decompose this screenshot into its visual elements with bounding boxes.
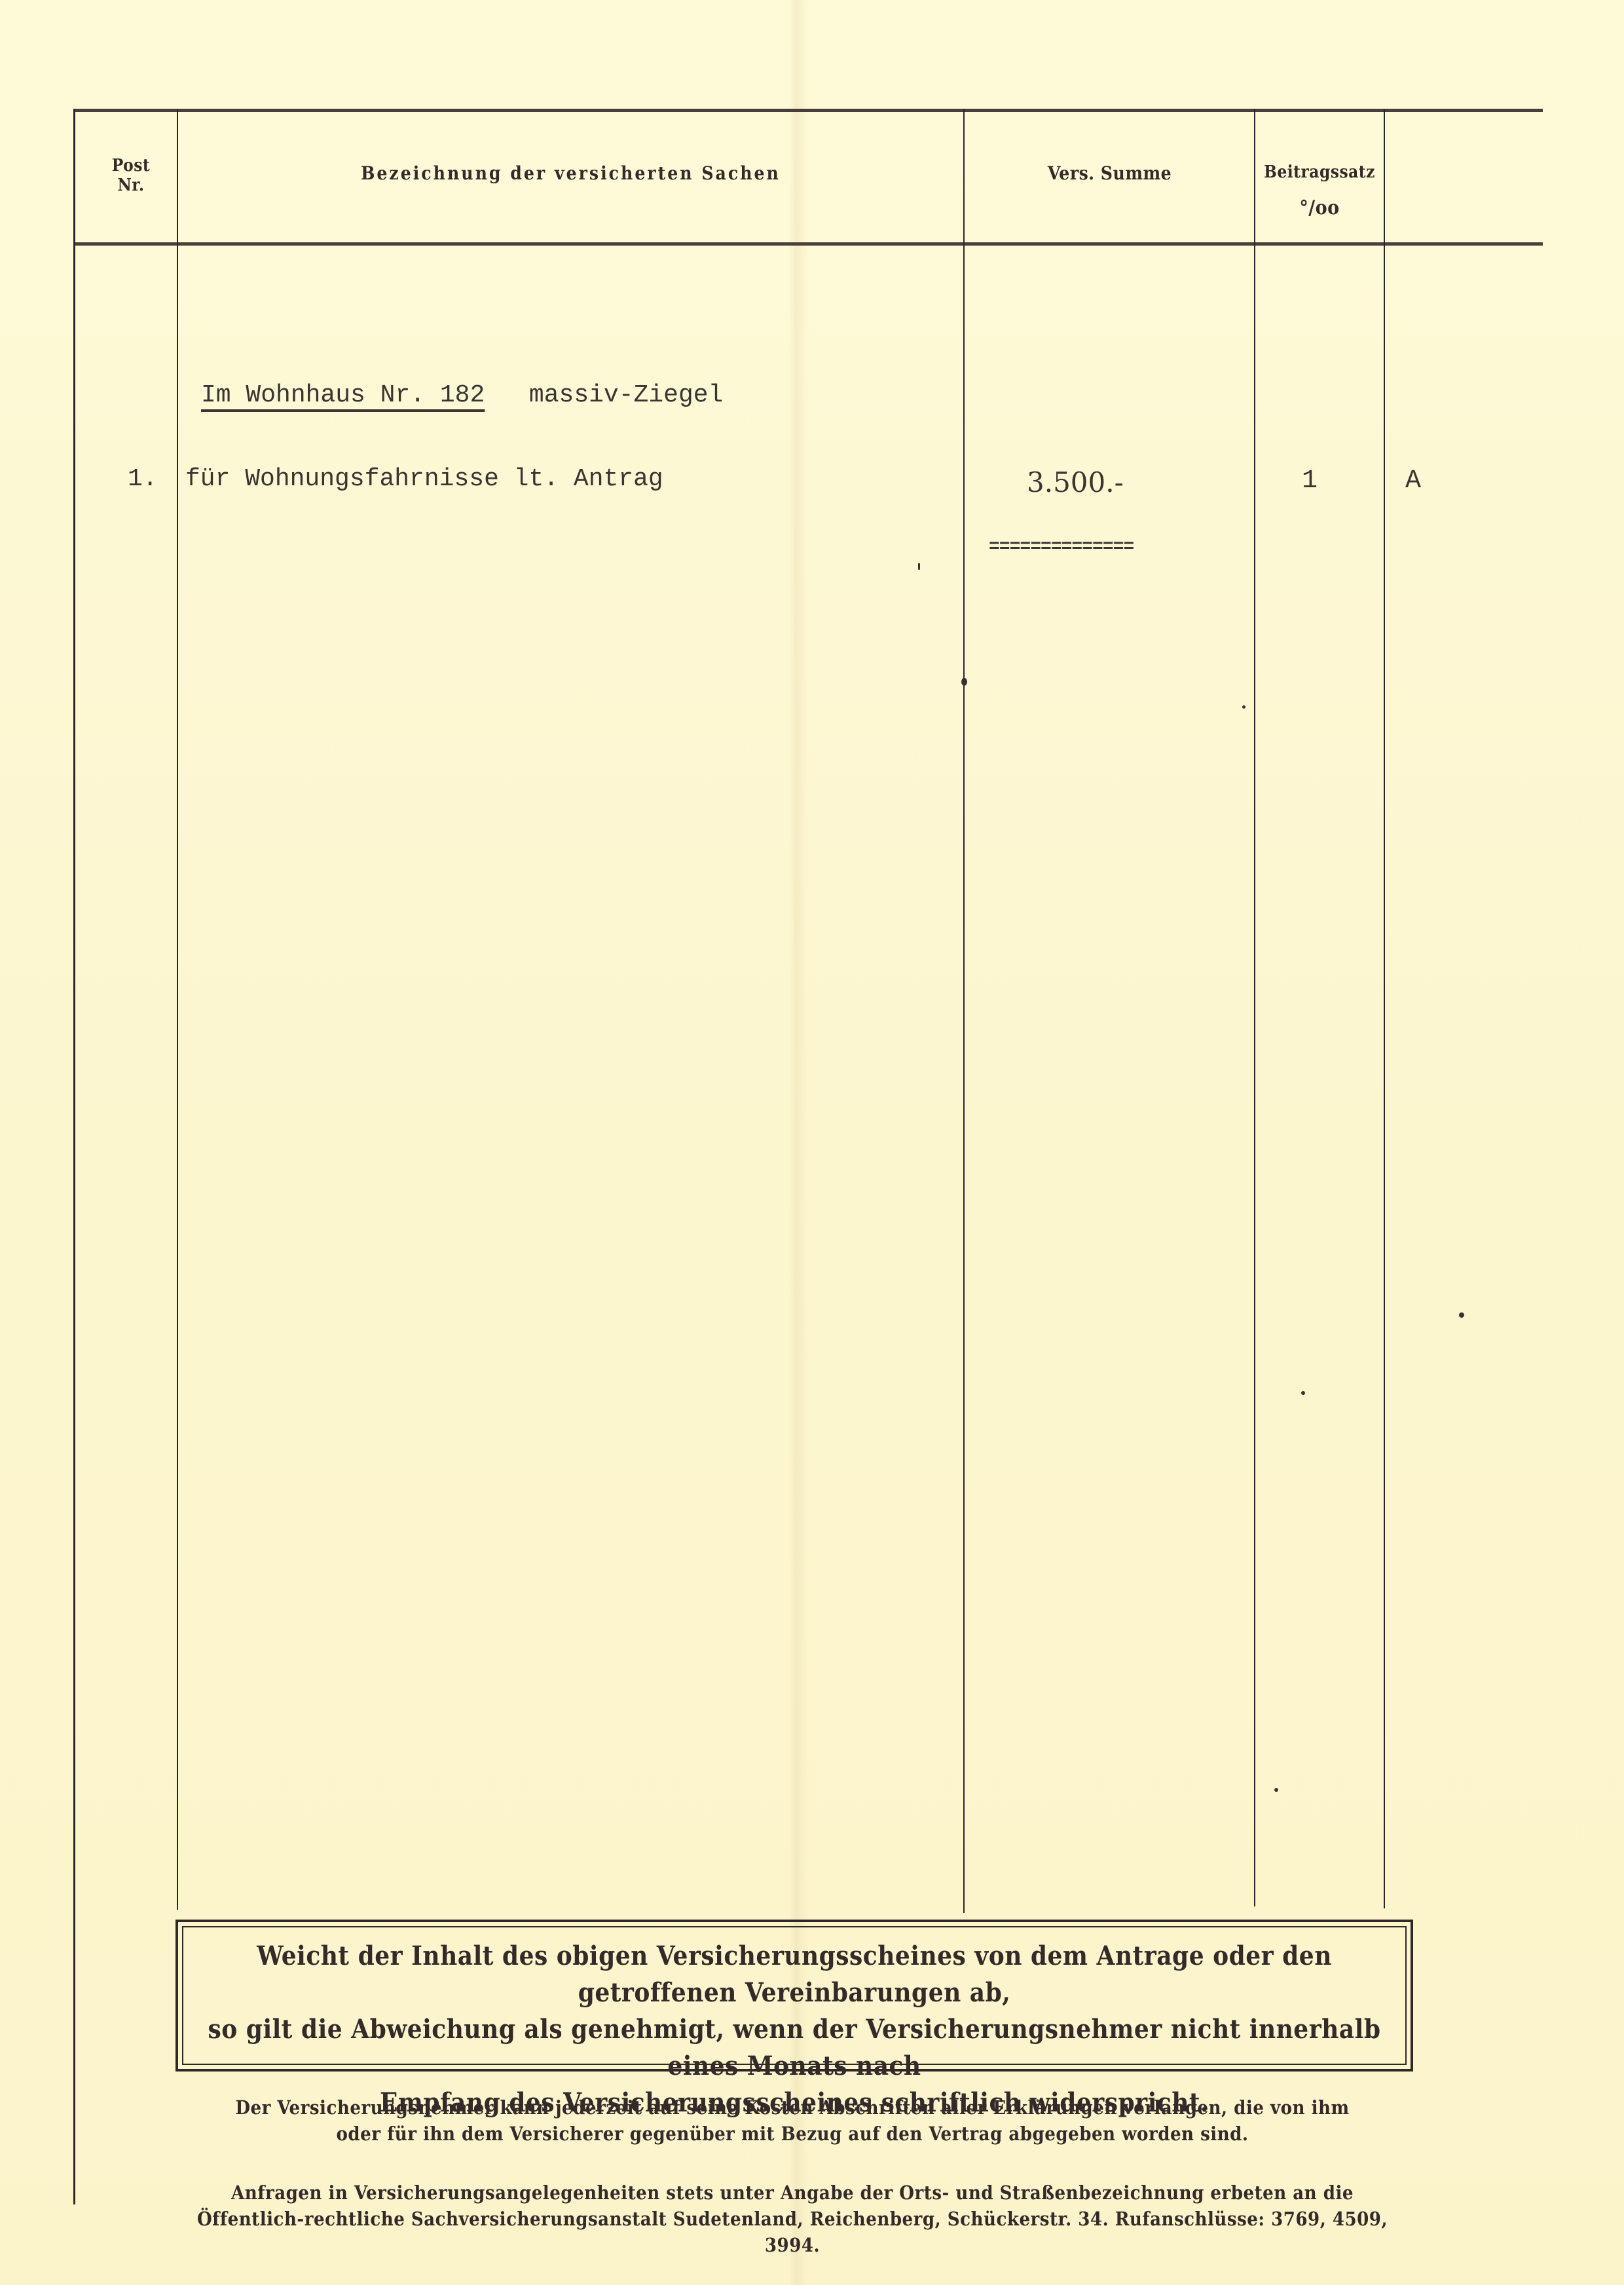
row-description-line1: Im Wohnhaus Nr. 182 massiv-Ziegel: [201, 381, 723, 409]
row-sum-double-underline: ==============: [989, 537, 1134, 557]
row-class: A: [1405, 466, 1421, 496]
col-divider-sum: [1254, 109, 1255, 1906]
footer-copies-clause: Der Versicherungsnehmer kann jederzeit a…: [196, 2094, 1388, 2147]
notice-line1: Weicht der Inhalt des obigen Versicherun…: [178, 1938, 1411, 2011]
header-rate-line2: °/oo: [1255, 196, 1384, 219]
table-top-rule: [73, 109, 1543, 112]
footer-contact-line1: Anfragen in Versicherungsangelegenheiten…: [196, 2180, 1388, 2206]
paper-speck: [1274, 1788, 1278, 1792]
header-insured-sum: Vers. Summe: [965, 162, 1254, 184]
row-address-underlined: Im Wohnhaus Nr. 182: [201, 381, 485, 409]
notice-line2: so gilt die Abweichung als genehmigt, we…: [178, 2011, 1411, 2085]
paper-speck: [961, 678, 967, 686]
footer-copies-line1: Der Versicherungsnehmer kann jederzeit a…: [196, 2094, 1388, 2121]
header-post-nr-line1: Post: [98, 156, 164, 176]
row-building-type: massiv-Ziegel: [529, 381, 723, 409]
header-rate: Beitragssatz °/oo: [1255, 162, 1384, 219]
row-description-line2: für Wohnungsfahrnisse lt. Antrag: [185, 465, 663, 493]
header-post-nr-line2: Nr.: [98, 176, 164, 195]
row-position-number: 1.: [128, 465, 158, 493]
table-header-bottom-rule: [73, 242, 1543, 246]
col-divider-post: [177, 109, 178, 1910]
col-divider-description: [963, 109, 965, 1913]
paper-speck: [1301, 1391, 1305, 1395]
footer-copies-line2: oder für ihn dem Versicherer gegenüber m…: [196, 2121, 1388, 2147]
row-rate: 1: [1302, 466, 1318, 496]
table-left-border: [73, 109, 75, 2204]
header-description: Bezeichnung der versicherten Sachen: [178, 162, 963, 184]
header-rate-line1: Beitragssatz: [1255, 162, 1384, 182]
paper-speck: [918, 563, 920, 570]
header-post-nr: Post Nr.: [98, 156, 164, 195]
paper-speck: [1459, 1312, 1464, 1318]
paper-speck: [1242, 705, 1246, 709]
deviation-notice-text: Weicht der Inhalt des obigen Versicherun…: [178, 1938, 1411, 2121]
row-insured-sum: 3.500.-: [1027, 466, 1124, 498]
footer-contact-line2: Öffentlich-rechtliche Sachversicherungsa…: [196, 2206, 1388, 2258]
deviation-notice-box: Weicht der Inhalt des obigen Versicherun…: [175, 1920, 1413, 2071]
footer-contact-info: Anfragen in Versicherungsangelegenheiten…: [196, 2180, 1388, 2258]
col-divider-rate: [1384, 109, 1385, 1908]
